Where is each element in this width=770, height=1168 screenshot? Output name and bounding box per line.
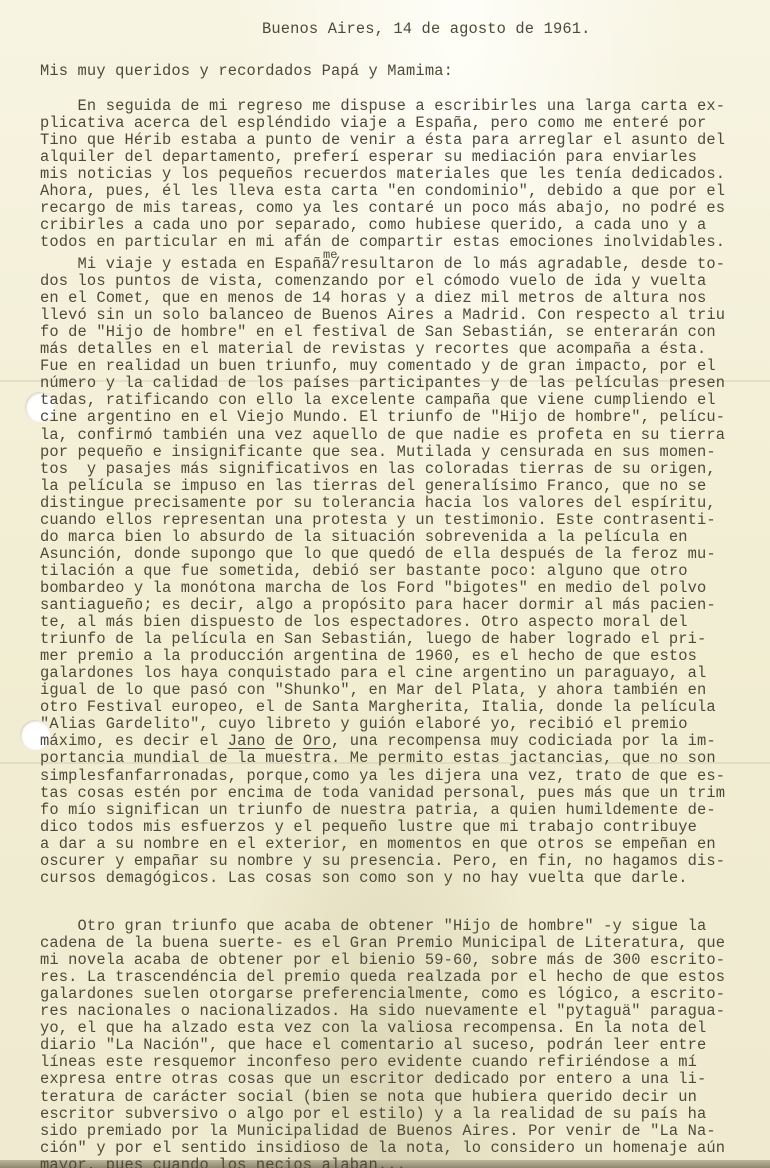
text-line: "Alias Gardelito", cuyo libreto y guión …: [40, 716, 688, 733]
text-line: res nacionales o nacionalizados. Ha sido…: [40, 1003, 725, 1020]
text-line: más detalles en el material de revistas …: [40, 341, 706, 358]
text-line: fo mío significan un triunfo de nuestra …: [40, 802, 716, 819]
letter-page: Buenos Aires, 14 de agosto de 1961. Mis …: [0, 0, 770, 1168]
text-line: cine argentino en el Viejo Mundo. El tri…: [40, 409, 725, 426]
text-line: ción" y por el sentido insidioso de la n…: [40, 1140, 725, 1157]
text-line: portancia mundial de la muestra. Me perm…: [40, 750, 716, 767]
text-line: plicativa acerca del espléndido viaje a …: [40, 115, 706, 132]
text-line: Otro gran triunfo que acaba de obtener "…: [40, 918, 706, 935]
text-line: tilación a que fue sometida, debió ser b…: [40, 563, 688, 580]
text-line: cursos demagógicos. Las cosas son como s…: [40, 870, 688, 887]
text-line: escritor subversivo o algo por el estilo…: [40, 1106, 706, 1123]
text-line: Fue en realidad un buen triunfo, muy com…: [40, 358, 716, 375]
text-line: alquiler del departamento, preferí esper…: [40, 149, 697, 166]
text-line: galardones suelen otorgarse preferencial…: [40, 986, 725, 1003]
text-line: Tino que Hérib estaba a punto de venir a…: [40, 132, 725, 149]
text-line: Ahora, pues, él les lleva esta carta "en…: [40, 183, 725, 200]
text-line: simplesfanfarronadas, porque,como ya les…: [40, 768, 725, 785]
text-line: diario "La Nación", que hace el comentar…: [40, 1037, 706, 1054]
text-line: cadena de la buena suerte- es el Gran Pr…: [40, 935, 725, 952]
text-line: todos en particular en mi afán de compar…: [40, 234, 725, 251]
text-line: En seguida de mi regreso me dispuse a es…: [40, 98, 725, 115]
underlined-word: Jano: [228, 732, 266, 750]
text-line: santiagueño; es decir, algo a propósito …: [40, 597, 716, 614]
text-line: dico todos mis esfuerzos y el pequeño lu…: [40, 819, 697, 836]
text-line: sido premiado por la Municipalidad de Bu…: [40, 1123, 716, 1140]
text-line: fo de "Hijo de hombre" en el festival de…: [40, 324, 716, 341]
salutation: Mis muy queridos y recordados Papá y Mam…: [40, 63, 453, 80]
text-line: número y la calidad de los países partic…: [40, 375, 725, 392]
text-line: mis noticias y los pequeños recuerdos ma…: [40, 166, 725, 183]
text-line: tas cosas estén por encima de toda vanid…: [40, 785, 725, 802]
text-line: Mi viaje y estada en España/resultaron d…: [40, 256, 725, 273]
text-line: cribirles a cada uno por separado, como …: [40, 217, 706, 234]
text-line: tadas, ratificando con ello la excelente…: [40, 392, 716, 409]
text-line: máximo, es decir el Jano de Oro, una rec…: [40, 733, 716, 750]
text-line: la, confirmó también una vez aquello de …: [40, 427, 725, 444]
text-line: bombardeo y la monótona marcha de los Fo…: [40, 580, 706, 597]
text-line: do marca bien lo absurdo de la situación…: [40, 529, 688, 546]
text-line: igual de lo que pasó con "Shunko", en Ma…: [40, 682, 706, 699]
text-line: oscurer y empañar su nombre y su presenc…: [40, 853, 725, 870]
text-line: yo, el que ha alzado esta vez con la val…: [40, 1020, 706, 1037]
text-line: mi novela acaba de obtener por el bienio…: [40, 952, 725, 969]
text-line: recargo de mis tareas, como ya les conta…: [40, 200, 725, 217]
text-line: galardones los haya conquistado para el …: [40, 665, 706, 682]
text-line: triunfo de la película en San Sebastián,…: [40, 631, 706, 648]
text-line: a dar a su nombre en el exterior, en mom…: [40, 836, 716, 853]
text-line: te, al más bien dispuesto de los especta…: [40, 614, 688, 631]
text-line: tos y pasajes más significativos en las …: [40, 461, 716, 478]
date-line: Buenos Aires, 14 de agosto de 1961.: [262, 21, 591, 38]
text-line: mayor, pues cuando los necios alaban...: [40, 1157, 406, 1168]
text-line: teratura de carácter social (bien se not…: [40, 1089, 697, 1106]
text-line: dos los puntos de vista, comenzando por …: [40, 273, 706, 290]
text-line: en el Comet, que en menos de 14 horas y …: [40, 290, 706, 307]
text-line: líneas este resquemor inconfeso pero evi…: [40, 1054, 697, 1071]
text-line: expresa entre otras cosas que un escrito…: [40, 1071, 706, 1088]
text-line: cuando ellos representan una protesta y …: [40, 512, 716, 529]
underlined-word: Oro: [303, 732, 331, 750]
text-line: llevó sin un solo balanceo de Buenos Air…: [40, 307, 725, 324]
text-line: distingue precisamente por su tolerancia…: [40, 495, 716, 512]
text-line: Asunción, donde supongo que lo que quedó…: [40, 546, 716, 563]
underlined-word: de: [275, 732, 294, 750]
text-line: por pequeño e insignificante que sea. Mu…: [40, 444, 716, 461]
text-line: otro Festival europeo, el de Santa Margh…: [40, 699, 716, 716]
text-line: la película se impuso en las tierras del…: [40, 478, 706, 495]
text-line: mer premio a la producción argentina de …: [40, 648, 697, 665]
text-line: res. La trascendéncia del premio queda r…: [40, 969, 725, 986]
